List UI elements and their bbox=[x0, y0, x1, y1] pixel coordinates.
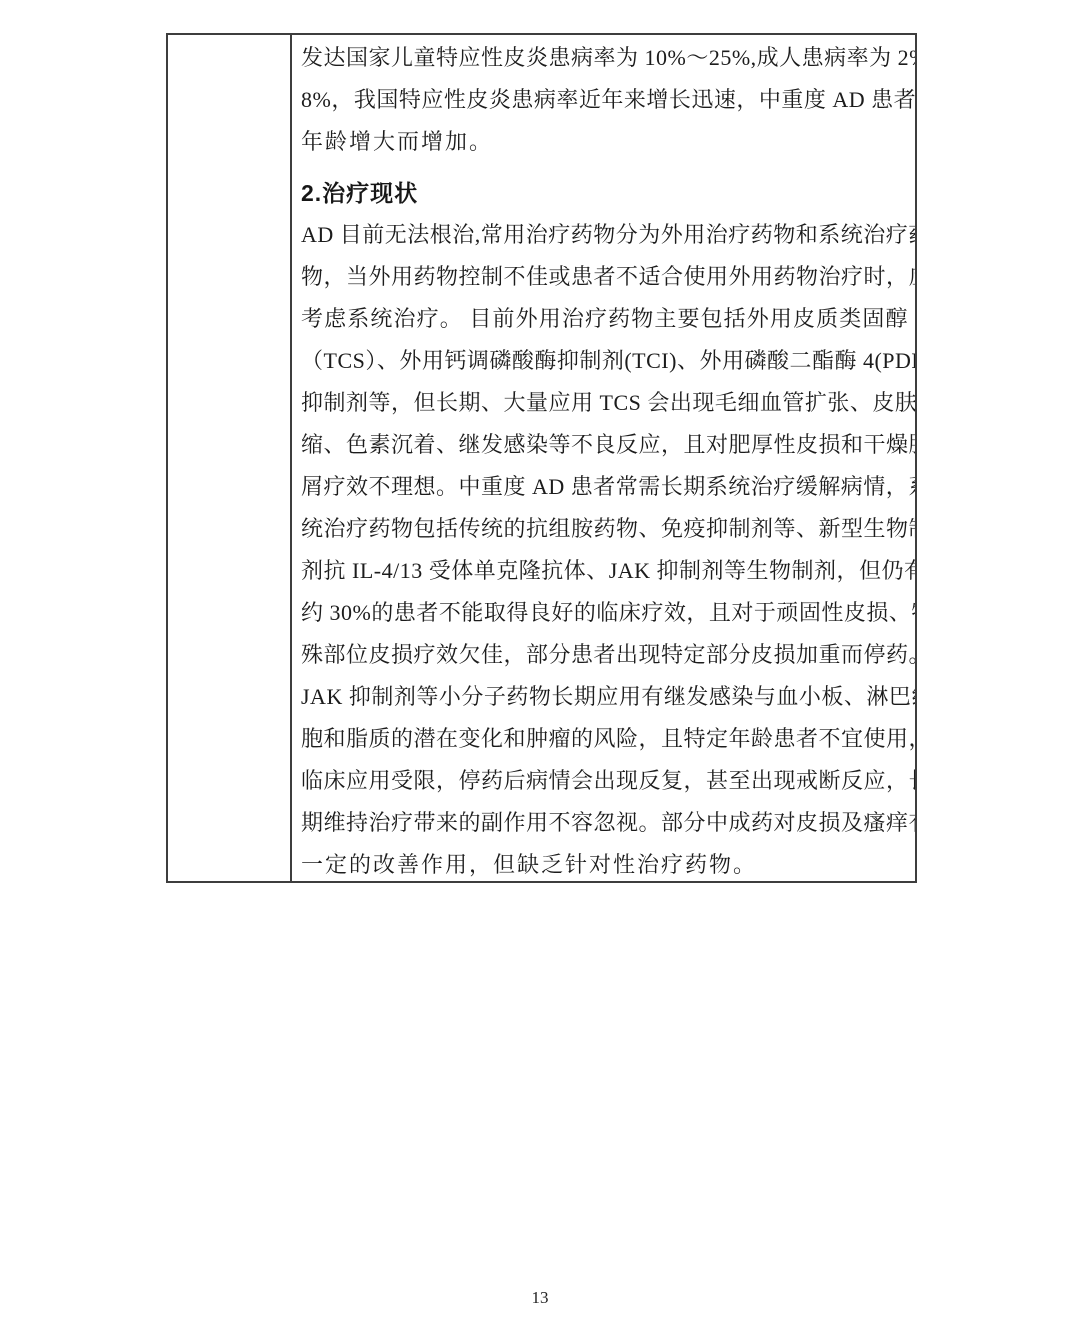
text-line: AD 目前无法根治,常用治疗药物分为外用治疗药物和系统治疗药 bbox=[301, 214, 908, 256]
text-line: 年龄增大而增加。 bbox=[301, 121, 908, 163]
text-line: 临床应用受限，停药后病情会出现反复，甚至出现戒断反应，长 bbox=[301, 760, 908, 802]
section-heading: 2.治疗现状 bbox=[301, 172, 908, 214]
text-line: 期维持治疗带来的副作用不容忽视。部分中成药对皮损及瘙痒有 bbox=[301, 802, 908, 844]
document-table: 发达国家儿童特应性皮炎患病率为 10%～25%,成人患病率为 2%～ 8%，我国… bbox=[166, 33, 917, 883]
text-line: JAK 抑制剂等小分子药物长期应用有继发感染与血小板、淋巴细 bbox=[301, 676, 908, 718]
text-line: 殊部位皮损疗效欠佳，部分患者出现特定部分皮损加重而停药。 bbox=[301, 634, 908, 676]
text-line: （TCS）、外用钙调磷酸酶抑制剂(TCI)、外用磷酸二酯酶 4(PDE-4) bbox=[301, 340, 908, 382]
text-line: 一定的改善作用，但缺乏针对性治疗药物。 bbox=[301, 844, 908, 881]
table-left-cell bbox=[168, 35, 292, 881]
text-line: 考虑系统治疗。 目前外用治疗药物主要包括外用皮质类固醇 bbox=[301, 298, 908, 340]
text-line: 抑制剂等，但长期、大量应用 TCS 会出现毛细血管扩张、皮肤萎 bbox=[301, 382, 908, 424]
text-line: 缩、色素沉着、继发感染等不良反应，且对肥厚性皮损和干燥脱 bbox=[301, 424, 908, 466]
text-line: 约 30%的患者不能取得良好的临床疗效，且对于顽固性皮损、特 bbox=[301, 592, 908, 634]
table-right-cell: 发达国家儿童特应性皮炎患病率为 10%～25%,成人患病率为 2%～ 8%，我国… bbox=[292, 35, 915, 881]
text-line: 统治疗药物包括传统的抗组胺药物、免疫抑制剂等、新型生物制 bbox=[301, 508, 908, 550]
text-line: 物，当外用药物控制不佳或患者不适合使用外用药物治疗时，应 bbox=[301, 256, 908, 298]
text-line: 发达国家儿童特应性皮炎患病率为 10%～25%,成人患病率为 2%～ bbox=[301, 37, 908, 79]
document-page: 发达国家儿童特应性皮炎患病率为 10%～25%,成人患病率为 2%～ 8%，我国… bbox=[0, 0, 1080, 1333]
text-line: 8%，我国特应性皮炎患病率近年来增长迅速，中重度 AD 患者随 bbox=[301, 79, 908, 121]
text-line: 胞和脂质的潜在变化和肿瘤的风险，且特定年龄患者不宜使用， bbox=[301, 718, 908, 760]
text-line: 屑疗效不理想。中重度 AD 患者常需长期系统治疗缓解病情，系 bbox=[301, 466, 908, 508]
page-number: 13 bbox=[0, 1288, 1080, 1308]
text-line: 剂抗 IL-4/13 受体单克隆抗体、JAK 抑制剂等生物制剂，但仍有 bbox=[301, 550, 908, 592]
